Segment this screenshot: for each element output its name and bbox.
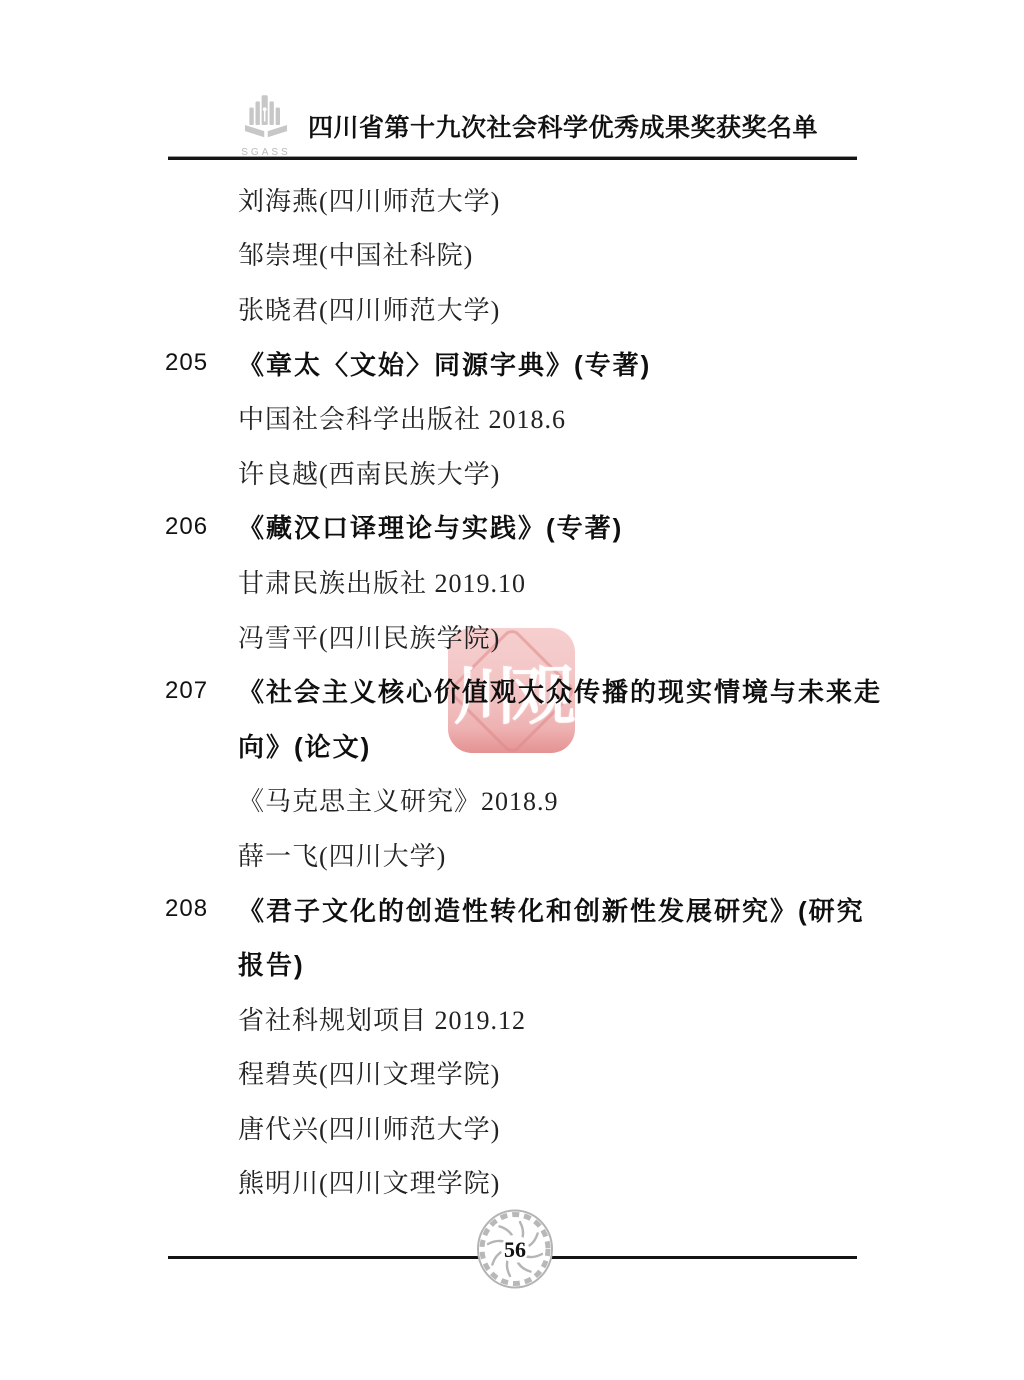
entry-title-continuation-row: 向》(论文) [165, 718, 859, 773]
entry-detail-row: 《马克思主义研究》2018.9 [165, 773, 859, 828]
entry-detail-row: 程碧英(四川文理学院) [165, 1046, 859, 1101]
continuation-author-line: 张晓君(四川师范大学) [165, 281, 859, 336]
author-line: 薛一飞(四川大学) [238, 836, 446, 873]
author-line: 程碧英(四川文理学院) [238, 1054, 500, 1091]
author-line: 冯雪平(四川民族学院) [238, 618, 500, 655]
author-line: 邹崇理(中国社科院) [238, 235, 473, 272]
page-number-medallion: 56 [476, 1209, 554, 1289]
publisher-line: 甘肃民族出版社 2019.10 [238, 563, 526, 600]
entry-detail-row: 中国社会科学出版社 2018.6 [165, 390, 859, 445]
entry-title: 《君子文化的创造性转化和创新性发展研究》(研究 [238, 891, 865, 928]
entry-title-row: 206 《藏汉口译理论与实践》(专著) [165, 500, 859, 555]
entry-title-continuation: 报告) [238, 945, 305, 982]
project-line: 省社科规划项目 2019.12 [238, 1000, 526, 1037]
author-line: 熊明川(四川文理学院) [238, 1163, 500, 1200]
page-title: 四川省第十九次社会科学优秀成果奖获奖名单 [308, 108, 828, 144]
continuation-author-line: 刘海燕(四川师范大学) [165, 172, 859, 227]
journal-line: 《马克思主义研究》2018.9 [238, 781, 559, 818]
entry-title: 《藏汉口译理论与实践》(专著) [238, 508, 623, 545]
entry-title-continuation: 向》(论文) [238, 727, 371, 764]
entry-title-continuation-row: 报告) [165, 936, 859, 991]
author-line: 唐代兴(四川师范大学) [238, 1109, 500, 1146]
entry-title: 《社会主义核心价值观大众传播的现实情境与未来走 [238, 672, 882, 709]
award-list: 刘海燕(四川师范大学) 邹崇理(中国社科院) 张晓君(四川师范大学) 205 《… [165, 172, 859, 1209]
entry-title-row: 208 《君子文化的创造性转化和创新性发展研究》(研究 [165, 882, 859, 937]
entry-title-row: 205 《章太〈文始〉同源字典》(专著) [165, 336, 859, 391]
entry-detail-row: 许良越(西南民族大学) [165, 445, 859, 500]
entry-number: 207 [165, 677, 238, 705]
building-book-logo-icon [238, 90, 294, 146]
entry-detail-row: 冯雪平(四川民族学院) [165, 609, 859, 664]
author-line: 刘海燕(四川师范大学) [238, 181, 500, 218]
entry-detail-row: 甘肃民族出版社 2019.10 [165, 554, 859, 609]
entry-number: 205 [165, 349, 238, 377]
page-number: 56 [504, 1237, 526, 1262]
publisher-logo: SGASS [234, 90, 298, 162]
entry-detail-row: 薛一飞(四川大学) [165, 827, 859, 882]
entry-detail-row: 省社科规划项目 2019.12 [165, 991, 859, 1046]
continuation-author-line: 邹崇理(中国社科院) [165, 227, 859, 282]
header-rule [168, 156, 857, 160]
entry-title-row: 207 《社会主义核心价值观大众传播的现实情境与未来走 [165, 663, 859, 718]
entry-number: 206 [165, 513, 238, 541]
phoenix-swirl-icon: 56 [476, 1209, 554, 1289]
publisher-line: 中国社会科学出版社 2018.6 [238, 399, 566, 436]
entry-title: 《章太〈文始〉同源字典》(专著) [238, 345, 651, 382]
author-line: 许良越(西南民族大学) [238, 454, 500, 491]
entry-detail-row: 熊明川(四川文理学院) [165, 1155, 859, 1210]
entry-number: 208 [165, 895, 238, 923]
author-line: 张晓君(四川师范大学) [238, 290, 500, 327]
entry-detail-row: 唐代兴(四川师范大学) [165, 1100, 859, 1155]
